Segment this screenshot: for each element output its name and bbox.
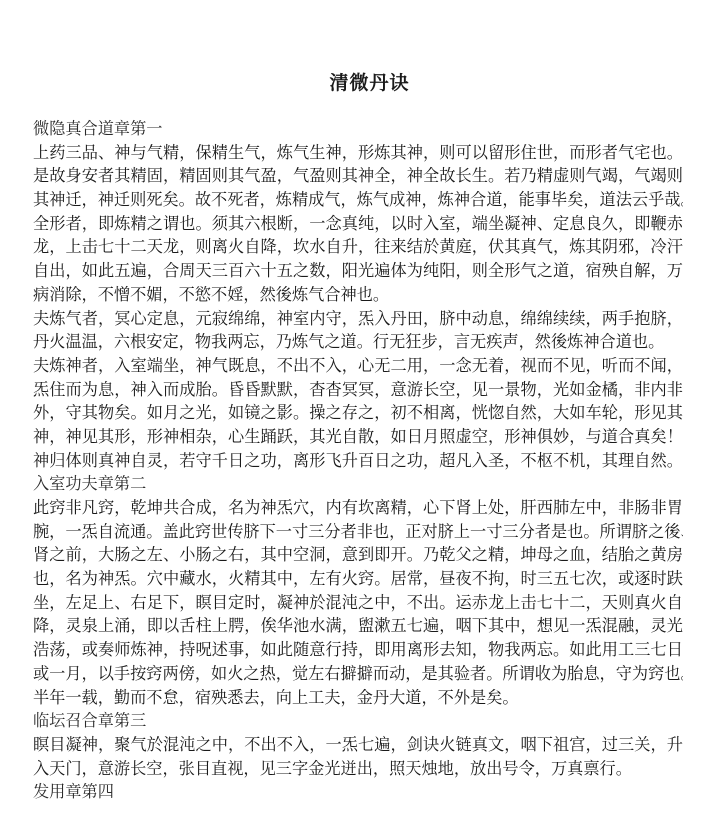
text-line: 是故身安者其精固，精固则其气盈，气盈则其神全，神全故长生。若乃精虚则气竭，气竭则 xyxy=(33,164,683,188)
chapter-heading: 微隐真合道章第一 xyxy=(33,117,683,141)
text-line: 外，守其物矣。如月之光，如镜之影。操之存之，初不相离，恍惚自然，大如车轮，形见其 xyxy=(33,401,683,425)
text-line: 丹火温温，六根安定，物我两忘，乃炼气之道。行无狂步，言无疾声，然後炼神合道也。 xyxy=(33,330,683,354)
text-line: 神，神见其形，形神相杂，心生踊跃，其光自散，如日月照虚空，形神俱妙，与道合真矣！ xyxy=(33,425,683,449)
text-line: 夫炼气者，冥心定息，元寂绵绵，神室内守，炁入丹田，脐中动息，绵绵续续，两手抱脐， xyxy=(33,307,683,331)
text-line: 病消除，不憎不媚，不慾不婬，然後炼气合神也。 xyxy=(33,283,683,307)
chapter-heading: 临坛召合章第三 xyxy=(33,709,683,733)
chapter-heading: 发用章第四 xyxy=(33,780,683,804)
text-line: 龙，上击七十二天龙，则离火自降，坎水自升，往来结於黄庭，伏其真气，炼其阴邪，冷汗 xyxy=(33,235,683,259)
text-line: 其神迁，神迁则死矣。故不死者，炼精成气，炼气成神，炼神合道，能事毕矣，道法云乎哉… xyxy=(33,188,683,212)
document-title: 清微丹诀 xyxy=(0,68,717,95)
text-line: 瞑目凝神，聚气於混沌之中，不出不入，一炁七遍，剑诀火链真文，咽下祖宫，过三关，升 xyxy=(33,733,683,757)
text-line: 神归体则真神自灵，若守千日之功，离形飞升百日之功，超凡入圣，不枢不机，其理自然。 xyxy=(33,449,683,473)
text-line: 自出，如此五遍，合周天三百六十五之数，阳光遍体为纯阳，则全形气之道，宿殃自解，万 xyxy=(33,259,683,283)
text-line: 上药三品、神与气精，保精生气，炼气生神，形炼其神，则可以留形住世，而形者气宅也。 xyxy=(33,141,683,165)
text-line: 肾之前，大肠之左、小肠之右，其中空洞，意到即开。乃乾父之精，坤母之血，结胎之黄房 xyxy=(33,543,683,567)
text-line: 也，名为神炁。穴中藏水，火精其中，左有火窍。居常，昼夜不拘，时三五七次，或逐时趺 xyxy=(33,567,683,591)
text-line: 浩荡，或奏师炼神，持呪述事，如此随意行持，即用离形去知，物我两忘。如此用工三七日 xyxy=(33,638,683,662)
text-line: 炁住而为息，神入而成胎。昏昏默默，杳杳冥冥，意游长空，见一景物，光如金橘，非内非 xyxy=(33,378,683,402)
chapter-heading: 入室功夫章第二 xyxy=(33,472,683,496)
paragraph: 上药三品、神与气精，保精生气，炼气生神，形炼其神，则可以留形住世，而形者气宅也。… xyxy=(33,141,683,307)
document-body: 微隐真合道章第一 上药三品、神与气精，保精生气，炼气生神，形炼其神，则可以留形住… xyxy=(33,117,683,804)
text-line: 夫炼神者，入室端坐，神气既息，不出不入，心无二用，一念无着，视而不见，听而不闻， xyxy=(33,354,683,378)
paragraph: 此窍非凡窍，乾坤共合成，名为神炁穴，内有坎离精，心下肾上处，肝西肺左中，非肠非胃… xyxy=(33,496,683,709)
text-line: 全形者，即炼精之谓也。须其六根断，一念真纯，以时入室，端坐凝神、定息良久，即鞭赤 xyxy=(33,212,683,236)
text-line: 此窍非凡窍，乾坤共合成，名为神炁穴，内有坎离精，心下肾上处，肝西肺左中，非肠非胃 xyxy=(33,496,683,520)
text-line: 或一月，以手按窍两傍，如火之热，觉左右擗擗而动，是其验者。所谓收为胎息，守为窍也… xyxy=(33,662,683,686)
paragraph: 夫炼神者，入室端坐，神气既息，不出不入，心无二用，一念无着，视而不见，听而不闻，… xyxy=(33,354,683,472)
paragraph: 瞑目凝神，聚气於混沌之中，不出不入，一炁七遍，剑诀火链真文，咽下祖宫，过三关，升… xyxy=(33,733,683,780)
text-line: 半年一载，勤而不怠，宿殃悉去，向上工夫，金丹大道，不外是矣。 xyxy=(33,686,683,710)
text-line: 坐，左足上、右足下，瞑目定时，凝神於混沌之中，不出。运赤龙上击七十二，天则真火自 xyxy=(33,591,683,615)
document-page: 清微丹诀 微隐真合道章第一 上药三品、神与气精，保精生气，炼气生神，形炼其神，则… xyxy=(0,0,717,820)
text-line: 降，灵泉上涌，即以舌柱上腭，俟华池水满，盥漱五七遍，咽下其中，想见一炁混融，灵光 xyxy=(33,614,683,638)
text-line: 腕，一炁自流通。盖此窍世传脐下一寸三分者非也，正对脐上一寸三分者是也。所谓脐之後… xyxy=(33,520,683,544)
paragraph: 夫炼气者，冥心定息，元寂绵绵，神室内守，炁入丹田，脐中动息，绵绵续续，两手抱脐，… xyxy=(33,307,683,354)
text-line: 入天门，意游长空，张目直视，见三字金光迸出，照天烛地，放出号令，万真禀行。 xyxy=(33,757,683,781)
